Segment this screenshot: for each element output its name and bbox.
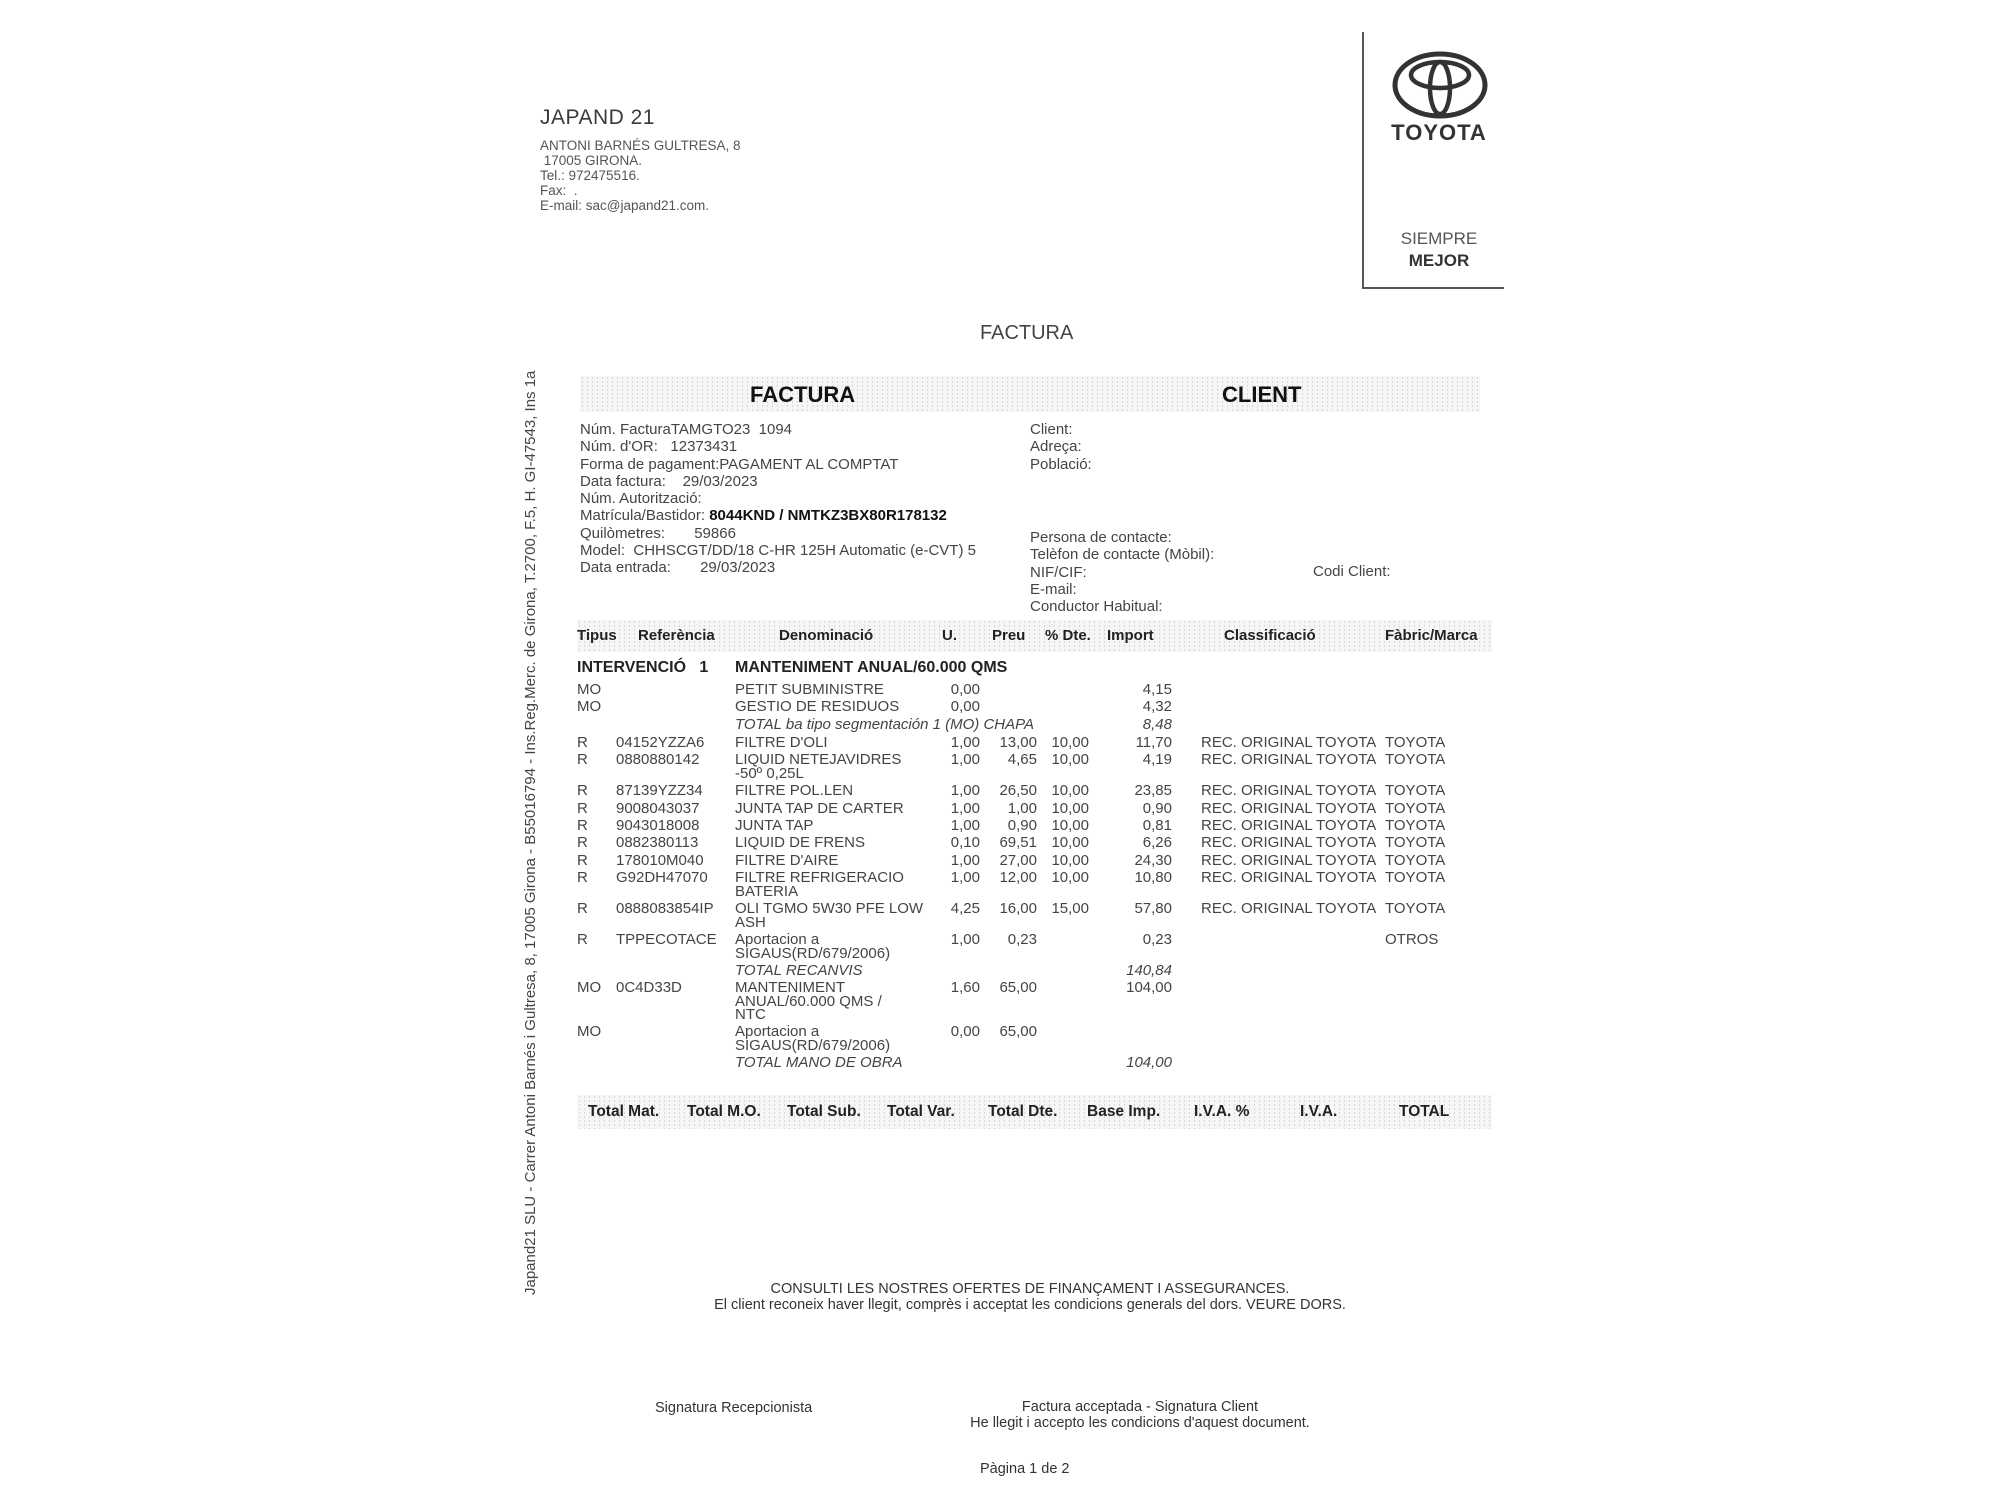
cell-denominacio: TOTAL RECANVIS — [735, 963, 863, 978]
cell-import: 6,26 — [1114, 835, 1172, 850]
denomination-line: ASH — [735, 916, 923, 929]
client-section-title: CLIENT — [1222, 382, 1301, 408]
cell-referencia: 0880880142 — [616, 752, 699, 767]
cell-marca: TOYOTA — [1385, 735, 1445, 750]
label: Núm. Factura — [580, 421, 671, 438]
phone-label: Telèfon de contacte (Mòbil): — [1030, 546, 1214, 563]
cell-classificacio: REC. ORIGINAL TOYOTA — [1201, 870, 1376, 885]
cell-marca: TOYOTA — [1385, 818, 1445, 833]
cell-dte: 15,00 — [1043, 901, 1089, 916]
cell-units: 1,00 — [934, 783, 980, 798]
cell-dte: 10,00 — [1043, 801, 1089, 816]
cell-marca: TOYOTA — [1385, 901, 1445, 916]
total-label: TOTAL — [1399, 1103, 1449, 1121]
cell-denominacio: FILTRE POL.LEN — [735, 783, 853, 798]
cell-units: 1,00 — [934, 801, 980, 816]
sender-line: Fax: . — [540, 183, 741, 198]
offers-text: CONSULTI LES NOSTRES OFERTES DE FINANÇAM… — [700, 1281, 1360, 1297]
total-sub-label: Total Sub. — [787, 1103, 861, 1121]
cell-tipus: R — [577, 835, 588, 850]
cell-preu: 0,90 — [989, 818, 1037, 833]
cell-marca: TOYOTA — [1385, 853, 1445, 868]
intervention-label: INTERVENCIÓ 1 — [577, 659, 708, 677]
denomination-line: TOTAL ba tipo segmentación 1 (MO) CHAPA — [735, 717, 1034, 732]
col-tipus: Tipus — [577, 627, 617, 644]
label: Matrícula/Bastidor: — [580, 507, 705, 524]
denomination-line: SIGAUS(RD/679/2006) — [735, 947, 890, 960]
contact-person-label: Persona de contacte: — [1030, 529, 1214, 546]
cell-denominacio: TOTAL MANO DE OBRA — [735, 1055, 903, 1070]
cell-denominacio: GESTIO DE RESIDUOS — [735, 699, 899, 714]
col-import: Import — [1107, 627, 1154, 644]
brand-box: TOYOTA SIEMPRE MEJOR — [1362, 32, 1504, 289]
cell-referencia: 0882380113 — [616, 835, 698, 850]
cell-tipus: R — [577, 932, 588, 947]
page-number: Pàgina 1 de 2 — [980, 1461, 1070, 1477]
label: Data factura: — [580, 473, 666, 490]
cell-preu: 12,00 — [989, 870, 1037, 885]
cell-classificacio: REC. ORIGINAL TOYOTA — [1201, 835, 1376, 850]
sender-line: 17005 GIRONA. — [540, 153, 741, 168]
cell-tipus: R — [577, 801, 588, 816]
col-units: U. — [942, 627, 957, 644]
cell-preu: 26,50 — [989, 783, 1037, 798]
cell-units: 1,60 — [934, 980, 980, 995]
toyota-logo-icon — [1392, 50, 1488, 120]
sender-line: Tel.: 972475516. — [540, 168, 741, 183]
label: Model: — [580, 542, 625, 559]
cell-import: 23,85 — [1114, 783, 1172, 798]
town-label: Població: — [1030, 456, 1092, 473]
cell-denominacio: OLI TGMO 5W30 PFE LOWASH — [735, 901, 923, 929]
cell-units: 1,00 — [934, 735, 980, 750]
document-title: FACTURA — [980, 322, 1073, 345]
client-acceptance-text: He llegit i accepto les condicions d'aqu… — [940, 1415, 1340, 1431]
total-mo-label: Total M.O. — [687, 1103, 761, 1121]
cell-import: 0,90 — [1114, 801, 1172, 816]
cell-tipus: R — [577, 818, 588, 833]
cell-classificacio: REC. ORIGINAL TOYOTA — [1201, 783, 1376, 798]
cell-denominacio: TOTAL ba tipo segmentación 1 (MO) CHAPA — [735, 717, 1034, 732]
table-header: Tipus Referència Denominació U. Preu % D… — [577, 620, 1492, 652]
cell-preu: 16,00 — [989, 901, 1037, 916]
cell-dte: 10,00 — [1043, 783, 1089, 798]
cell-classificacio: REC. ORIGINAL TOYOTA — [1201, 735, 1376, 750]
denomination-line: NTC — [735, 1008, 882, 1021]
cell-units: 0,00 — [934, 699, 980, 714]
label: Forma de pagament: — [580, 456, 719, 473]
cell-units: 1,00 — [934, 818, 980, 833]
brand-name: TOYOTA — [1364, 120, 1514, 146]
cell-classificacio: REC. ORIGINAL TOYOTA — [1201, 752, 1376, 767]
col-denominacio: Denominació — [779, 627, 873, 644]
denomination-line: PETIT SUBMINISTRE — [735, 682, 884, 697]
cell-referencia: 9008043037 — [616, 801, 699, 816]
cell-import: 0,23 — [1114, 932, 1172, 947]
cell-units: 1,00 — [934, 853, 980, 868]
cell-preu: 13,00 — [989, 735, 1037, 750]
cell-import: 10,80 — [1114, 870, 1172, 885]
denomination-line: JUNTA TAP — [735, 818, 813, 833]
cell-classificacio: REC. ORIGINAL TOYOTA — [1201, 818, 1376, 833]
denomination-line: GESTIO DE RESIDUOS — [735, 699, 899, 714]
mileage: 59866 — [694, 525, 736, 542]
or-number: 12373431 — [670, 438, 737, 455]
cell-referencia: 178010M040 — [616, 853, 704, 868]
label: Data entrada: — [580, 559, 671, 576]
slogan-line-1: SIEMPRE — [1364, 228, 1514, 250]
cell-import: 57,80 — [1114, 901, 1172, 916]
cell-import: 4,15 — [1114, 682, 1172, 697]
cell-import: 8,48 — [1114, 717, 1172, 732]
cell-tipus: R — [577, 853, 588, 868]
cell-dte: 10,00 — [1043, 735, 1089, 750]
cell-denominacio: LIQUID DE FRENS — [735, 835, 865, 850]
cell-import: 4,19 — [1114, 752, 1172, 767]
cell-classificacio: REC. ORIGINAL TOYOTA — [1201, 801, 1376, 816]
cell-referencia: 0888083854IP — [616, 901, 714, 916]
invoice-details: Núm. FacturaTAMGTO23 1094 Núm. d'OR: 123… — [580, 421, 976, 577]
intervention-title: MANTENIMENT ANUAL/60.000 QMS — [735, 659, 1007, 677]
base-imp-label: Base Imp. — [1087, 1103, 1160, 1121]
cell-tipus: MO — [577, 1024, 601, 1039]
cell-denominacio: PETIT SUBMINISTRE — [735, 682, 884, 697]
driver-label: Conductor Habitual: — [1030, 598, 1214, 615]
denomination-line: FILTRE D'AIRE — [735, 853, 838, 868]
sender-line: ANTONI BARNÉS GULTRESA, 8 — [540, 138, 741, 153]
nif-label: NIF/CIF: — [1030, 564, 1214, 581]
cell-marca: OTROS — [1385, 932, 1438, 947]
cell-tipus: MO — [577, 980, 601, 995]
plate-vin: 8044KND / NMTKZ3BX80R178132 — [709, 507, 947, 524]
total-var-label: Total Var. — [887, 1103, 955, 1121]
cell-marca: TOYOTA — [1385, 870, 1445, 885]
cell-marca: TOYOTA — [1385, 801, 1445, 816]
sender-line: E-mail: sac@japand21.com. — [540, 198, 741, 213]
cell-denominacio: Aportacion aSIGAUS(RD/679/2006) — [735, 932, 890, 960]
cell-dte: 10,00 — [1043, 818, 1089, 833]
slogan-line-2: MEJOR — [1364, 250, 1514, 272]
denomination-line: SIGAUS(RD/679/2006) — [735, 1039, 890, 1052]
denomination-line: TOTAL MANO DE OBRA — [735, 1055, 903, 1070]
cell-denominacio: LIQUID NETEJAVIDRES-50º 0,25L — [735, 752, 901, 780]
cell-referencia: TPPECOTACE — [616, 932, 717, 947]
label: Núm. Autorització: — [580, 490, 702, 507]
cell-import: 104,00 — [1114, 1055, 1172, 1070]
invoice-section-title: FACTURA — [750, 382, 855, 408]
cell-tipus: R — [577, 783, 588, 798]
cell-classificacio: REC. ORIGINAL TOYOTA — [1201, 853, 1376, 868]
col-referencia: Referència — [638, 627, 715, 644]
cell-classificacio: REC. ORIGINAL TOYOTA — [1201, 901, 1376, 916]
denomination-line: LIQUID DE FRENS — [735, 835, 865, 850]
total-mat-label: Total Mat. — [588, 1103, 659, 1121]
iva-label: I.V.A. — [1300, 1103, 1337, 1121]
cell-units: 0,00 — [934, 682, 980, 697]
cell-marca: TOYOTA — [1385, 783, 1445, 798]
client-details: Client: Adreça: Població: — [1030, 421, 1092, 473]
cell-units: 0,10 — [934, 835, 980, 850]
payment-method: PAGAMENT AL COMPTAT — [719, 456, 898, 473]
cell-import: 24,30 — [1114, 853, 1172, 868]
cell-dte: 10,00 — [1043, 752, 1089, 767]
cell-import: 11,70 — [1114, 735, 1172, 750]
label: Quilòmetres: — [580, 525, 665, 542]
cell-marca: TOYOTA — [1385, 752, 1445, 767]
label: Núm. d'OR: — [580, 438, 658, 455]
cell-preu: 65,00 — [989, 1024, 1037, 1039]
client-code-label: Codi Client: — [1313, 563, 1391, 580]
cell-tipus: MO — [577, 699, 601, 714]
cell-denominacio: JUNTA TAP — [735, 818, 813, 833]
brand-slogan: SIEMPRE MEJOR — [1364, 228, 1514, 272]
client-signature-label: Factura acceptada - Signatura Client — [960, 1399, 1320, 1415]
company-registry-text: Japand21 SLU - Carrer Antoni Barnés i Gu… — [522, 335, 539, 1295]
cell-referencia: 0C4D33D — [616, 980, 682, 995]
conditions-text: El client reconeix haver llegit, comprès… — [680, 1297, 1380, 1313]
vehicle-model: CHHSCGT/DD/18 C-HR 125H Automatic (e-CVT… — [633, 542, 976, 559]
cell-import: 140,84 — [1114, 963, 1172, 978]
cell-denominacio: FILTRE D'OLI — [735, 735, 828, 750]
cell-denominacio: Aportacion aSIGAUS(RD/679/2006) — [735, 1024, 890, 1052]
sender-name: JAPAND 21 — [540, 106, 655, 130]
col-classificacio: Classificació — [1224, 627, 1316, 644]
cell-denominacio: MANTENIMENTANUAL/60.000 QMS /NTC — [735, 980, 882, 1021]
cell-units: 1,00 — [934, 752, 980, 767]
cell-preu: 65,00 — [989, 980, 1037, 995]
cell-import: 104,00 — [1114, 980, 1172, 995]
cell-referencia: 04152YZZA6 — [616, 735, 704, 750]
cell-preu: 27,00 — [989, 853, 1037, 868]
cell-units: 1,00 — [934, 932, 980, 947]
cell-units: 4,25 — [934, 901, 980, 916]
cell-referencia: 9043018008 — [616, 818, 699, 833]
entry-date: 29/03/2023 — [700, 559, 775, 576]
cell-marca: TOYOTA — [1385, 835, 1445, 850]
cell-tipus: R — [577, 735, 588, 750]
cell-dte: 10,00 — [1043, 835, 1089, 850]
address-label: Adreça: — [1030, 438, 1092, 455]
cell-tipus: R — [577, 752, 588, 767]
totals-header: Total Mat. Total M.O. Total Sub. Total V… — [577, 1095, 1492, 1129]
cell-import: 4,32 — [1114, 699, 1172, 714]
denomination-line: TOTAL RECANVIS — [735, 963, 863, 978]
col-preu: Preu — [992, 627, 1025, 644]
cell-referencia: G92DH47070 — [616, 870, 708, 885]
invoice-number: TAMGTO23 1094 — [671, 421, 792, 438]
denomination-line: JUNTA TAP DE CARTER — [735, 801, 904, 816]
cell-dte: 10,00 — [1043, 853, 1089, 868]
cell-preu: 0,23 — [989, 932, 1037, 947]
col-dte: % Dte. — [1045, 627, 1091, 644]
cell-dte: 10,00 — [1043, 870, 1089, 885]
cell-tipus: R — [577, 870, 588, 885]
cell-units: 1,00 — [934, 870, 980, 885]
cell-denominacio: JUNTA TAP DE CARTER — [735, 801, 904, 816]
receptionist-signature-label: Signatura Recepcionista — [655, 1400, 812, 1416]
cell-preu: 4,65 — [989, 752, 1037, 767]
invoice-date: 29/03/2023 — [683, 473, 758, 490]
iva-pct-label: I.V.A. % — [1194, 1103, 1249, 1121]
cell-denominacio: FILTRE D'AIRE — [735, 853, 838, 868]
sender-address: ANTONI BARNÉS GULTRESA, 8 17005 GIRONA. … — [540, 138, 741, 213]
cell-tipus: R — [577, 901, 588, 916]
cell-referencia: 87139YZZ34 — [616, 783, 703, 798]
client-contact-details: Persona de contacte: Telèfon de contacte… — [1030, 529, 1214, 615]
section-header-band: FACTURA CLIENT — [580, 376, 1480, 412]
email-label: E-mail: — [1030, 581, 1214, 598]
total-dte-label: Total Dte. — [988, 1103, 1057, 1121]
cell-preu: 69,51 — [989, 835, 1037, 850]
client-label: Client: — [1030, 421, 1092, 438]
col-marca: Fàbric/Marca — [1385, 627, 1478, 644]
cell-preu: 1,00 — [989, 801, 1037, 816]
cell-units: 0,00 — [934, 1024, 980, 1039]
denomination-line: -50º 0,25L — [735, 767, 901, 780]
cell-denominacio: FILTRE REFRIGERACIOBATERIA — [735, 870, 904, 898]
cell-import: 0,81 — [1114, 818, 1172, 833]
denomination-line: FILTRE POL.LEN — [735, 783, 853, 798]
cell-tipus: MO — [577, 682, 601, 697]
denomination-line: FILTRE D'OLI — [735, 735, 828, 750]
denomination-line: BATERIA — [735, 885, 904, 898]
